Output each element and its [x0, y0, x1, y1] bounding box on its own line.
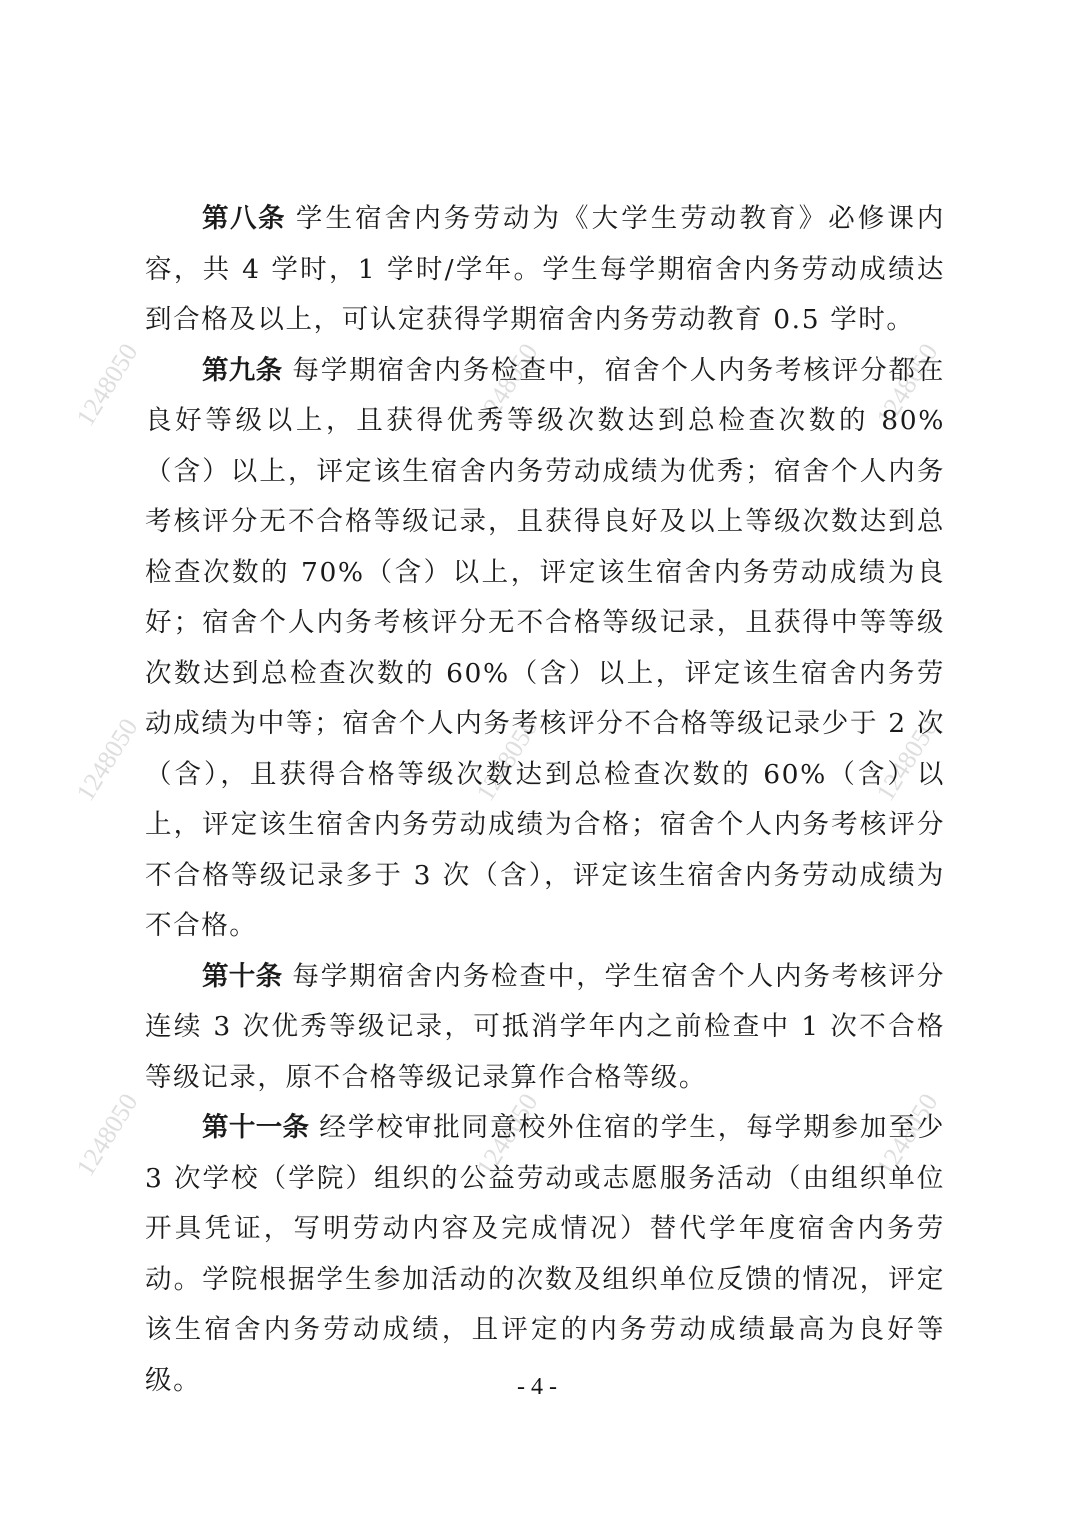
article-11: 第十一条经学校审批同意校外住宿的学生，每学期参加至少 3 次学校（学院）组织的公… — [145, 1103, 945, 1406]
watermark: 1248050 — [71, 1088, 145, 1181]
article-text: 每学期宿舍内务检查中，宿舍个人内务考核评分都在良好等级以上，且获得优秀等级次数达… — [145, 355, 945, 942]
watermark: 1248050 — [71, 338, 145, 431]
document-body: 第八条学生宿舍内务劳动为《大学生劳动教育》必修课内容，共 4 学时，1 学时/学… — [145, 194, 945, 1406]
article-heading: 第十条 — [202, 961, 282, 992]
document-page: 1248050 1248050 1248050 1248050 1248050 … — [0, 0, 1074, 1520]
article-10: 第十条每学期宿舍内务检查中，学生宿舍个人内务考核评分连续 3 次优秀等级记录，可… — [145, 952, 945, 1104]
article-heading: 第九条 — [202, 355, 282, 386]
article-9: 第九条每学期宿舍内务检查中，宿舍个人内务考核评分都在良好等级以上，且获得优秀等级… — [145, 346, 945, 952]
watermark: 1248050 — [71, 713, 145, 806]
article-8: 第八条学生宿舍内务劳动为《大学生劳动教育》必修课内容，共 4 学时，1 学时/学… — [145, 194, 945, 346]
page-number: - 4 - — [0, 1374, 1074, 1401]
article-heading: 第十一条 — [202, 1112, 309, 1143]
article-text: 经学校审批同意校外住宿的学生，每学期参加至少 3 次学校（学院）组织的公益劳动或… — [145, 1112, 945, 1396]
article-heading: 第八条 — [202, 203, 286, 234]
